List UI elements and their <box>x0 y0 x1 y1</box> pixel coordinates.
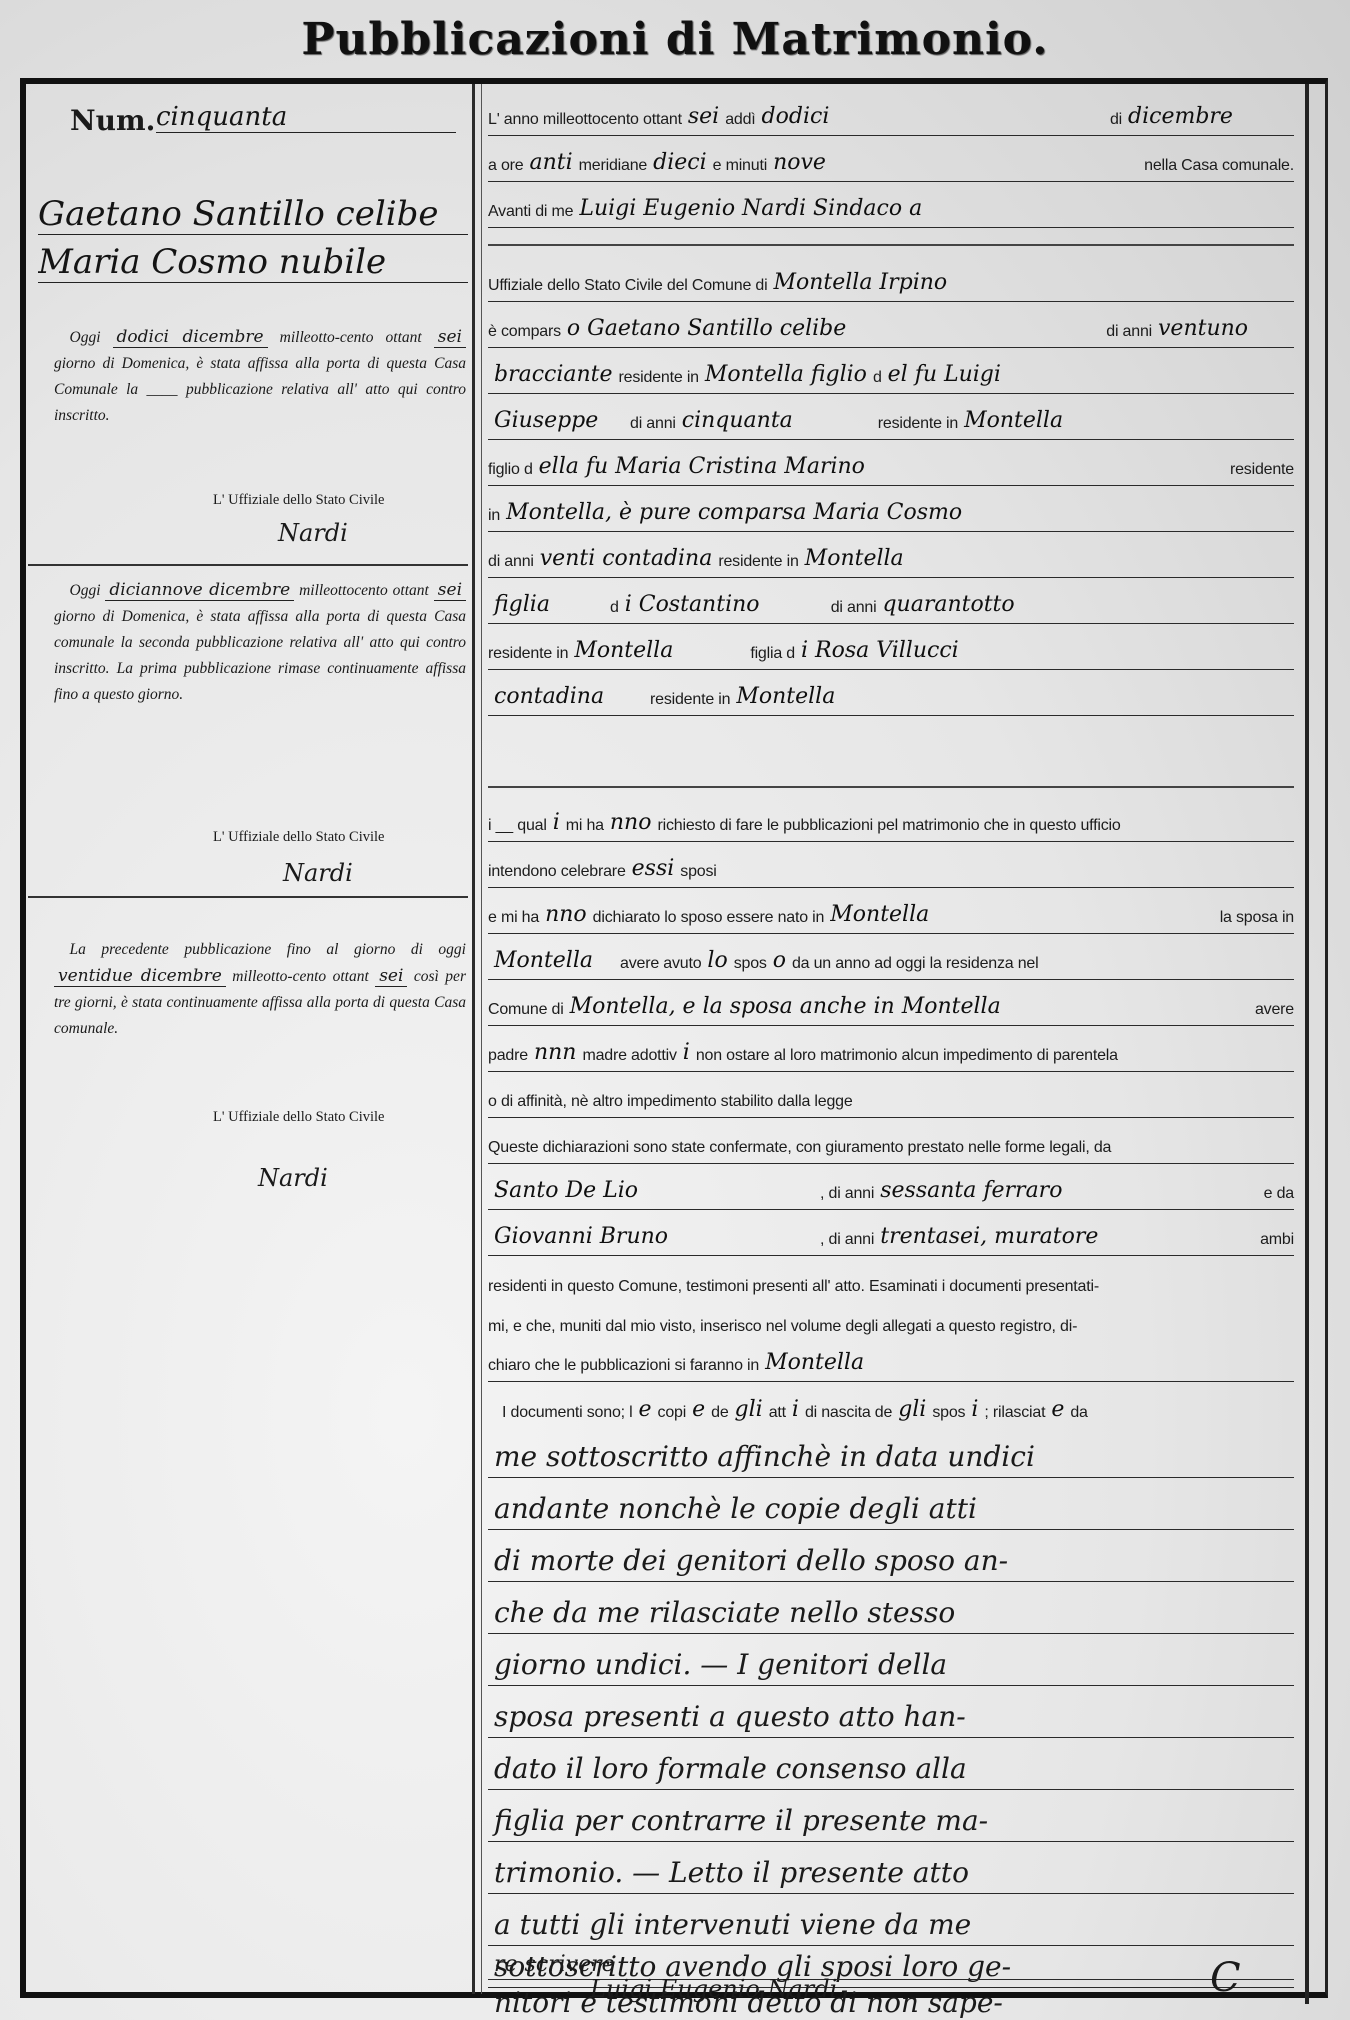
record-line: bracciante residente in Montella figlio … <box>488 348 1294 394</box>
record-line: di anni venti contadina residente in Mon… <box>488 532 1294 578</box>
final-pub-officer-label: L' Uffiziale dello Stato Civile <box>213 1109 384 1126</box>
record-line: residente in Montella figlia d i Rosa Vi… <box>488 624 1294 670</box>
final-pub-signature: Nardi <box>258 1164 328 1192</box>
record-line: è compars o Gaetano Santillo celibe di a… <box>488 302 1294 348</box>
record-line: o di affinità, nè altro impedimento stab… <box>488 1072 1294 1118</box>
record-line: contadina residente in Montella <box>488 670 1294 716</box>
record-line: padre nnn madre adottiv i non ostare al … <box>488 1026 1294 1072</box>
num-label: Num. <box>70 104 155 137</box>
record-line: intendono celebrare essi sposi <box>488 842 1294 888</box>
page-title: Pubblicazioni di Matrimonio. <box>0 14 1350 65</box>
record-line: Comune di Montella, e la sposa anche in … <box>488 980 1294 1026</box>
groom-name: Gaetano Santillo celibe <box>38 194 468 235</box>
mayor-signature: Luigi Eugenio Nardi <box>590 1975 837 2003</box>
record-line: Giuseppe di anni cinquanta residente in … <box>488 394 1294 440</box>
section-rule <box>28 896 468 898</box>
record-line: i __ qual i mi ha nno richiesto di fare … <box>488 796 1294 842</box>
first-pub-year: sei <box>434 327 466 348</box>
section-rule <box>488 244 1294 246</box>
record-line: Queste dichiarazioni sono state conferma… <box>488 1118 1294 1164</box>
record-line: I documenti sono; l e copi e de gli att … <box>488 1382 1294 1428</box>
witness-line: Santo De Lio , di anni sessanta ferraro … <box>488 1164 1294 1210</box>
record-line: a ore anti meridiane dieci e minuti nove… <box>488 136 1294 182</box>
record-line: Avanti di me Luigi Eugenio Nardi Sindaco… <box>488 182 1294 228</box>
first-pub-day: dodici dicembre <box>113 327 268 348</box>
handwritten-line: figlia per contrarre il presente ma- <box>488 1790 1294 1842</box>
final-publication-note: La precedente pubblicazione fino al gior… <box>54 937 466 1042</box>
record-line: L' anno milleottocento ottant sei addì d… <box>488 90 1294 136</box>
section-rule <box>488 786 1294 788</box>
record-line: figlia d i Costantino di anni quarantott… <box>488 578 1294 624</box>
second-pub-day: diciannove dicembre <box>105 580 294 601</box>
handwritten-line: sposa presenti a questo atto han- <box>488 1686 1294 1738</box>
column-divider <box>472 84 475 1994</box>
frame-right-rule <box>1305 84 1309 2004</box>
handwritten-line: trimonio. — Letto il presente atto <box>488 1842 1294 1894</box>
record-line: figlio d ella fu Maria Cristina Marino r… <box>488 440 1294 486</box>
corner-mark: C <box>1210 1955 1241 2001</box>
second-pub-signature: Nardi <box>283 859 353 887</box>
final-pub-year: sei <box>375 966 407 987</box>
witness-line: Giovanni Bruno , di anni trentasei, mura… <box>488 1210 1294 1256</box>
handwritten-line: re scrivere <box>488 1940 1294 1980</box>
handwritten-line: che da me rilasciate nello stesso <box>488 1582 1294 1634</box>
register-page: Pubblicazioni di Matrimonio. Num. cinqua… <box>0 0 1350 2020</box>
first-pub-officer-label: L' Uffiziale dello Stato Civile <box>213 492 384 509</box>
handwritten-line: di morte dei genitori dello sposo an- <box>488 1530 1294 1582</box>
column-divider-thin <box>481 84 482 1994</box>
handwritten-line: andante nonchè le copie degli atti <box>488 1478 1294 1530</box>
record-line: in Montella, è pure comparsa Maria Cosmo <box>488 486 1294 532</box>
first-publication-note: Oggi dodici dicembre milleotto-cento ott… <box>54 324 466 429</box>
record-line: Montella avere avuto lo spos o da un ann… <box>488 934 1294 980</box>
bride-name: Maria Cosmo nubile <box>38 242 468 283</box>
record-line: e mi ha nno dichiarato lo sposo essere n… <box>488 888 1294 934</box>
section-rule <box>28 564 468 566</box>
second-pub-year: sei <box>434 580 466 601</box>
record-line: Uffiziale dello Stato Civile del Comune … <box>488 256 1294 302</box>
record-line: chiaro che le pubblicazioni si faranno i… <box>488 1336 1294 1382</box>
second-pub-officer-label: L' Uffiziale dello Stato Civile <box>213 829 384 846</box>
second-publication-note: Oggi diciannove dicembre milleottocento … <box>54 577 466 708</box>
handwritten-line: dato il loro formale consenso alla <box>488 1738 1294 1790</box>
handwritten-line: giorno undici. — I genitori della <box>488 1634 1294 1686</box>
final-pub-day: ventidue dicembre <box>54 966 226 987</box>
num-value: cinquanta <box>156 102 456 133</box>
first-pub-signature: Nardi <box>278 519 348 547</box>
handwritten-line: me sottoscritto affinchè in data undici <box>488 1426 1294 1478</box>
